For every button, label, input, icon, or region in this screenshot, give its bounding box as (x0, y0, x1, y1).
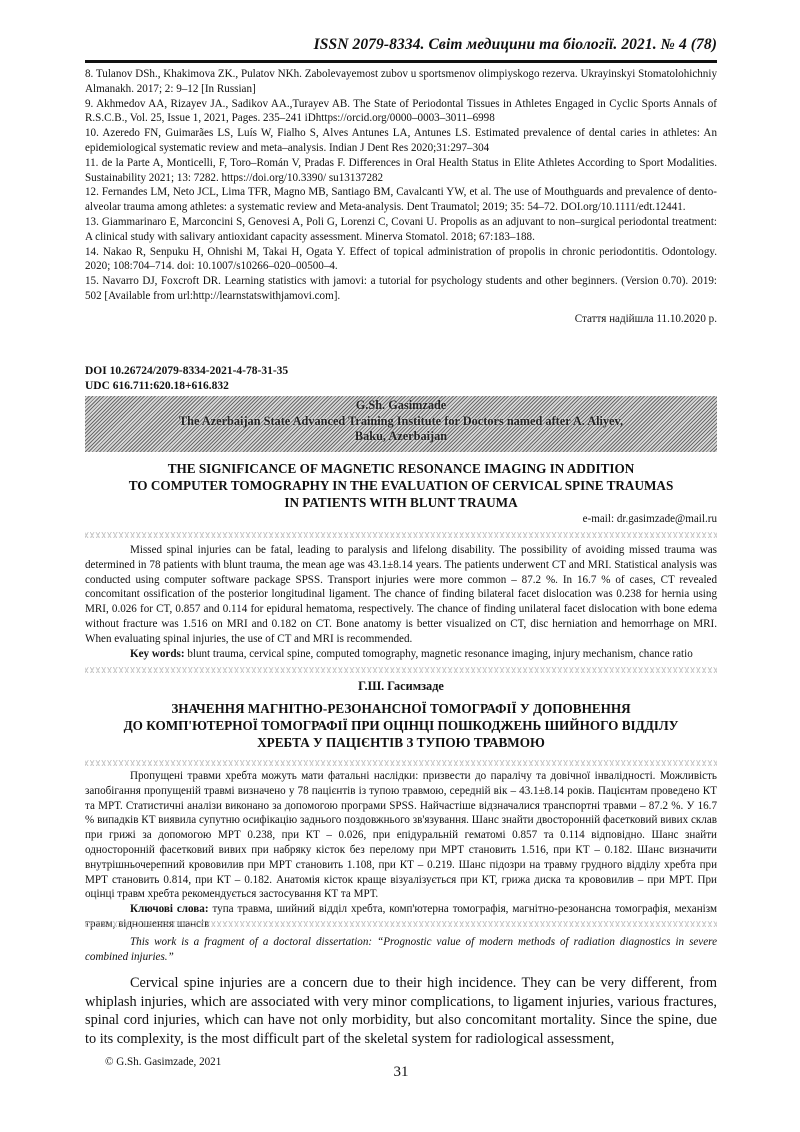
separator-wave (85, 667, 717, 673)
separator-wave (85, 532, 717, 538)
author-name-ua: Г.Ш. Гасимзаде (85, 679, 717, 694)
author-name: G.Sh. Gasimzade (85, 398, 717, 414)
title-line: ЗНАЧЕННЯ МАГНІТНО-РЕЗОНАНСНОЇ ТОМОГРАФІЇ… (85, 700, 717, 717)
abstract-ua: Пропущені травми хребта можуть мати фата… (85, 769, 717, 932)
separator-wave (85, 921, 717, 927)
author-email: e-mail: dr.gasimzade@mail.ru (583, 513, 717, 525)
identifiers: DOI 10.26724/2079-8334-2021-4-78-31-35 U… (85, 364, 288, 394)
reference-item: 13. Giammarinaro E, Marconcini S, Genove… (85, 215, 717, 245)
udc: UDC 616.711:620.18+616.832 (85, 379, 288, 394)
keywords-label: Key words: (130, 648, 185, 660)
title-line: ХРЕБТА У ПАЦІЄНТІВ З ТУПОЮ ТРАВМОЮ (85, 734, 717, 751)
header-rule (85, 60, 717, 63)
abstract-en: Missed spinal injuries can be fatal, lea… (85, 543, 717, 661)
author-banner: G.Sh. Gasimzade The Azerbaijan State Adv… (85, 396, 717, 452)
reference-item: 14. Nakao R, Senpuku H, Ohnishi M, Takai… (85, 245, 717, 275)
title-line: IN PATIENTS WITH BLUNT TRAUMA (85, 494, 717, 511)
article-title-ua: ЗНАЧЕННЯ МАГНІТНО-РЕЗОНАНСНОЇ ТОМОГРАФІЇ… (85, 700, 717, 751)
title-line: ДО КОМП'ЮТЕРНОЇ ТОМОГРАФІЇ ПРИ ОЦІНЦІ ПО… (85, 717, 717, 734)
article-body: Cervical spine injuries are a concern du… (85, 974, 717, 1048)
doi: DOI 10.26724/2079-8334-2021-4-78-31-35 (85, 364, 288, 379)
keywords-label: Ключові слова: (130, 903, 209, 915)
title-line: TO COMPUTER TOMOGRAPHY IN THE EVALUATION… (85, 477, 717, 494)
abstract-text: Пропущені травми хребта можуть мати фата… (85, 769, 717, 902)
reference-item: 15. Navarro DJ, Foxcroft DR. Learning st… (85, 274, 717, 304)
title-line: THE SIGNIFICANCE OF MAGNETIC RESONANCE I… (85, 460, 717, 477)
abstract-text: Missed spinal injuries can be fatal, lea… (85, 543, 717, 647)
dissertation-note: This work is a fragment of a doctoral di… (85, 935, 717, 965)
article-title-en: THE SIGNIFICANCE OF MAGNETIC RESONANCE I… (85, 460, 717, 511)
reference-item: 10. Azeredo FN, Guimarães LS, Luís W, Fi… (85, 126, 717, 156)
reference-item: 12. Fernandes LM, Neto JCL, Lima TFR, Ma… (85, 185, 717, 215)
page-number: 31 (85, 1064, 717, 1081)
keywords-ua: Ключові слова: тупа травма, шийний відді… (85, 902, 717, 932)
journal-header: ISSN 2079-8334. Світ медицини та біологі… (314, 36, 717, 54)
reference-item: 11. de la Parte A, Monticelli, F, Toro–R… (85, 156, 717, 186)
reference-item: 9. Akhmedov AA, Rizayev JA., Sadikov AA.… (85, 97, 717, 127)
separator-wave (85, 760, 717, 766)
reference-list: 8. Tulanov DSh., Khakimova ZK., Pulatov … (85, 67, 717, 304)
body-paragraph: Cervical spine injuries are a concern du… (85, 974, 717, 1048)
received-date: Стаття надійшла 11.10.2020 р. (575, 313, 717, 325)
keywords-text: blunt trauma, cervical spine, computed t… (185, 648, 693, 660)
author-location: Baku, Azerbaijan (85, 429, 717, 445)
note-text: This work is a fragment of a doctoral di… (85, 935, 717, 965)
keywords-en: Key words: blunt trauma, cervical spine,… (85, 647, 717, 662)
reference-item: 8. Tulanov DSh., Khakimova ZK., Pulatov … (85, 67, 717, 97)
author-institution: The Azerbaijan State Advanced Training I… (85, 414, 717, 430)
